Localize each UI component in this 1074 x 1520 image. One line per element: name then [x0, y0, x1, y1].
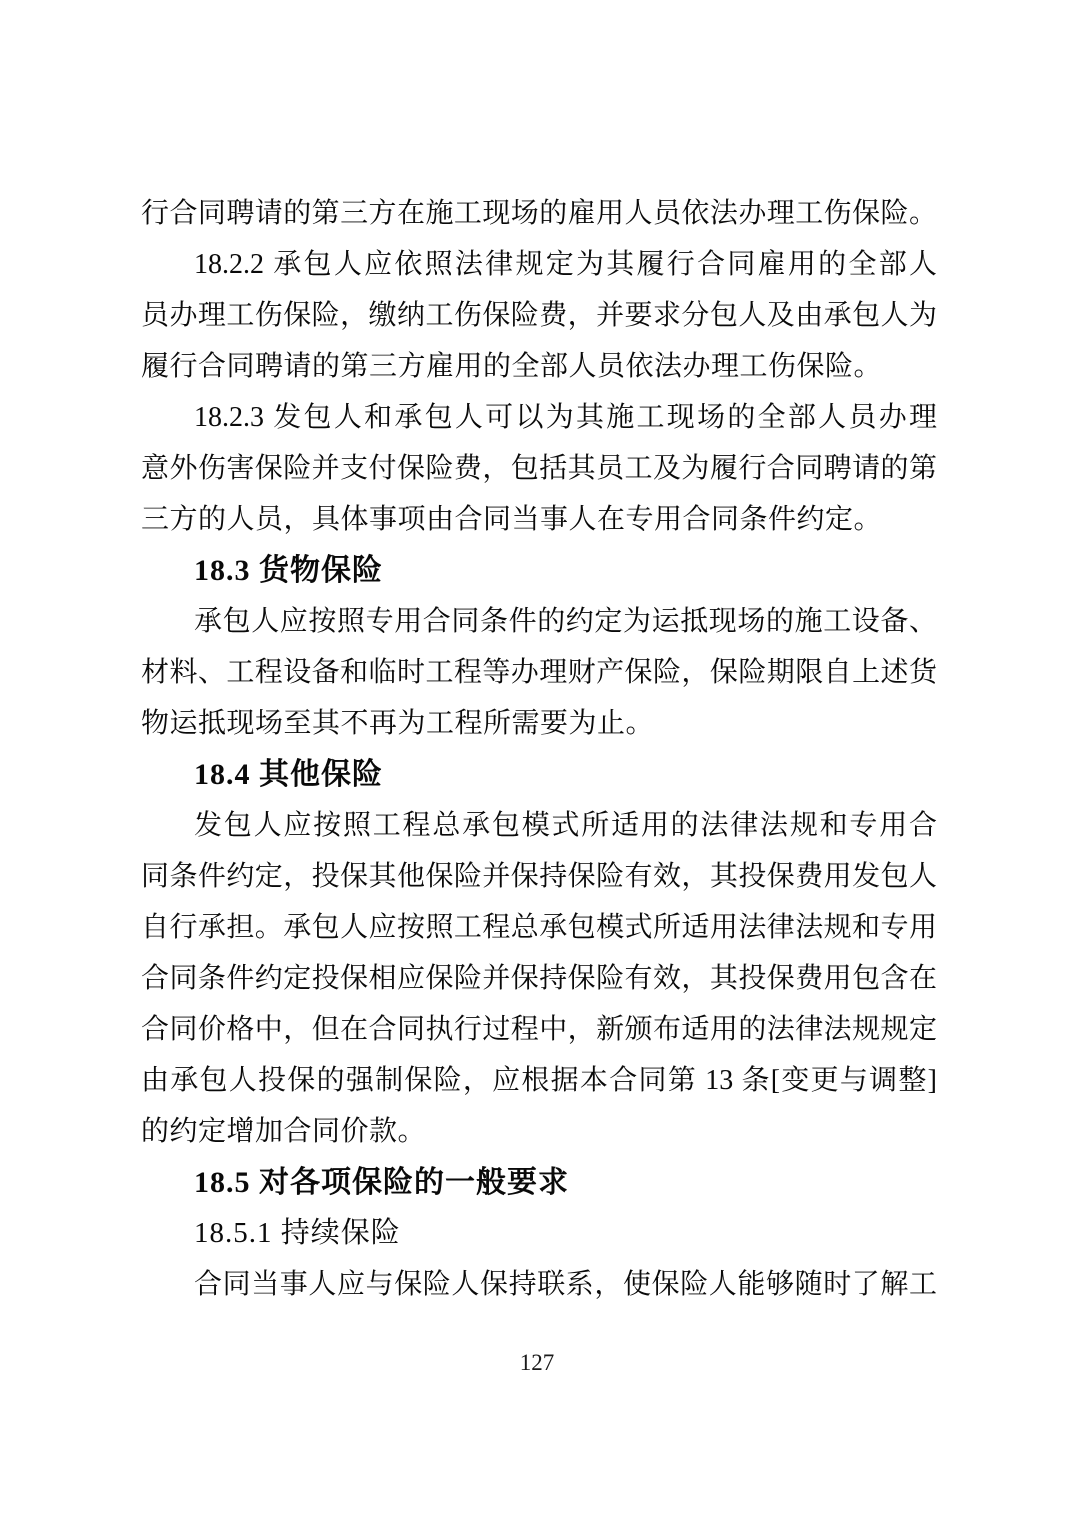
subsection-heading: 18.5.1 持续保险	[141, 1208, 937, 1259]
body-line: 物运抵现场至其不再为工程所需要为止。	[141, 698, 937, 749]
document-page: 行合同聘请的第三方在施工现场的雇用人员依法办理工伤保险。18.2.2 承包人应依…	[0, 0, 1074, 1520]
body-line: 合同价格中，但在合同执行过程中，新颁布适用的法律法规规定	[141, 1004, 937, 1055]
body-line: 行合同聘请的第三方在施工现场的雇用人员依法办理工伤保险。	[141, 188, 937, 239]
body-line: 履行合同聘请的第三方雇用的全部人员依法办理工伤保险。	[141, 341, 937, 392]
body-line: 18.2.3 发包人和承包人可以为其施工现场的全部人员办理	[141, 392, 937, 443]
body-line: 合同条件约定投保相应保险并保持保险有效，其投保费用包含在	[141, 953, 937, 1004]
body-line: 自行承担。承包人应按照工程总承包模式所适用法律法规和专用	[141, 902, 937, 953]
body-line: 的约定增加合同价款。	[141, 1106, 937, 1157]
body-line: 由承包人投保的强制保险，应根据本合同第 13 条[变更与调整]	[141, 1055, 937, 1106]
body-line: 意外伤害保险并支付保险费，包括其员工及为履行合同聘请的第	[141, 443, 937, 494]
body-line: 承包人应按照专用合同条件的约定为运抵现场的施工设备、	[141, 596, 937, 647]
body-line: 同条件约定，投保其他保险并保持保险有效，其投保费用发包人	[141, 851, 937, 902]
body-line: 材料、工程设备和临时工程等办理财产保险，保险期限自上述货	[141, 647, 937, 698]
section-heading: 18.4 其他保险	[141, 749, 937, 800]
document-body: 行合同聘请的第三方在施工现场的雇用人员依法办理工伤保险。18.2.2 承包人应依…	[141, 188, 937, 1310]
body-line: 员办理工伤保险，缴纳工伤保险费，并要求分包人及由承包人为	[141, 290, 937, 341]
body-line: 三方的人员，具体事项由合同当事人在专用合同条件约定。	[141, 494, 937, 545]
section-heading: 18.3 货物保险	[141, 545, 937, 596]
page-number: 127	[0, 1350, 1074, 1376]
body-line: 18.2.2 承包人应依照法律规定为其履行合同雇用的全部人	[141, 239, 937, 290]
body-line: 发包人应按照工程总承包模式所适用的法律法规和专用合	[141, 800, 937, 851]
section-heading: 18.5 对各项保险的一般要求	[141, 1157, 937, 1208]
body-line: 合同当事人应与保险人保持联系，使保险人能够随时了解工	[141, 1259, 937, 1310]
